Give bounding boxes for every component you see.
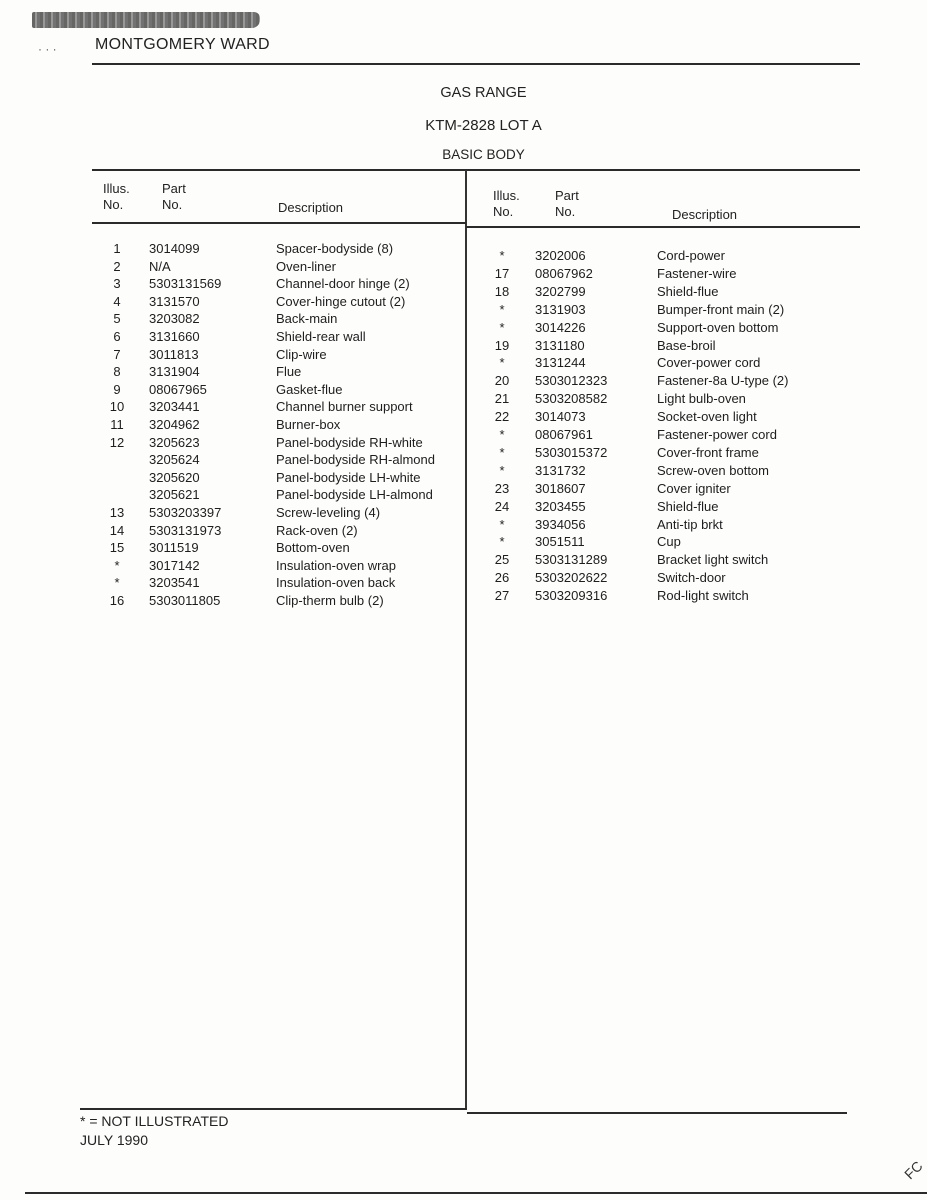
part-description: Flue [276, 363, 301, 380]
part-number: 5303012323 [535, 372, 607, 389]
part-number: 3202006 [535, 247, 586, 264]
illus-number: 18 [487, 283, 517, 300]
illus-header-line2: No. [103, 197, 130, 213]
part-description: Bumper-front main (2) [657, 301, 784, 318]
illus-number: * [487, 533, 517, 550]
table-top-rule [92, 169, 860, 171]
part-description: Cover igniter [657, 480, 731, 497]
part-header-line2: No. [162, 197, 186, 213]
part-description: Light bulb-oven [657, 390, 746, 407]
right-part-header: Part No. [555, 188, 579, 220]
illus-number: * [102, 557, 132, 574]
part-number: 3014226 [535, 319, 586, 336]
part-number: 08067961 [535, 426, 593, 443]
part-description: Panel-bodyside LH-white [276, 469, 421, 486]
doc-title: GAS RANGE [20, 85, 927, 101]
part-description: Shield-flue [657, 498, 718, 515]
part-description: Panel-bodyside RH-white [276, 434, 423, 451]
part-number: 3014073 [535, 408, 586, 425]
part-number: 5303011805 [149, 592, 220, 609]
corner-mark: FC [901, 1158, 926, 1183]
part-number: 3014099 [149, 240, 200, 257]
model-number: KTM-2828 LOT A [20, 117, 927, 134]
part-description: Cover-front frame [657, 444, 759, 461]
part-description: Cover-power cord [657, 354, 760, 371]
part-number: 08067965 [149, 381, 207, 398]
part-description: Clip-therm bulb (2) [276, 592, 384, 609]
part-header-line1: Part [162, 181, 186, 197]
illus-number: 23 [487, 480, 517, 497]
illus-number: * [487, 301, 517, 318]
right-description-header: Description [672, 207, 737, 223]
scan-smudge [32, 12, 260, 28]
part-description: Rod-light switch [657, 587, 749, 604]
part-number: 3131732 [535, 462, 586, 479]
illus-number: 26 [487, 569, 517, 586]
illus-number: 15 [102, 539, 132, 556]
part-description: Fastener-power cord [657, 426, 777, 443]
illus-number: 1 [102, 240, 132, 257]
part-description: Back-main [276, 310, 337, 327]
part-number: 3131180 [535, 337, 585, 354]
part-number: 3203441 [149, 398, 200, 415]
part-number: 3131570 [149, 293, 200, 310]
illus-number: 22 [487, 408, 517, 425]
part-description: Bracket light switch [657, 551, 768, 568]
part-description: Cord-power [657, 247, 725, 264]
illus-number: 6 [102, 328, 132, 345]
part-number: 3051511 [535, 533, 585, 550]
illus-number: * [487, 462, 517, 479]
part-number: 5303208582 [535, 390, 607, 407]
part-description: Bottom-oven [276, 539, 350, 556]
illus-number: 14 [102, 522, 132, 539]
part-description: Insulation-oven wrap [276, 557, 396, 574]
part-number: 5303202622 [535, 569, 607, 586]
part-number: 5303131569 [149, 275, 221, 292]
part-number: 3205621 [149, 486, 200, 503]
part-description: Cover-hinge cutout (2) [276, 293, 405, 310]
part-number: 3205623 [149, 434, 200, 451]
part-description: Oven-liner [276, 258, 336, 275]
illus-number: 25 [487, 551, 517, 568]
illus-number: 11 [102, 416, 132, 433]
illus-header-line2: No. [493, 204, 520, 220]
footer-rule-right [467, 1112, 847, 1114]
part-description: Cup [657, 533, 681, 550]
section-title: BASIC BODY [20, 147, 927, 162]
page-bottom-rule [25, 1192, 927, 1194]
part-description: Insulation-oven back [276, 574, 395, 591]
illus-number: * [487, 516, 517, 533]
illus-number: * [102, 574, 132, 591]
part-number: 3934056 [535, 516, 586, 533]
part-number: 3205620 [149, 469, 200, 486]
illus-header-line1: Illus. [103, 181, 130, 197]
part-description: Switch-door [657, 569, 726, 586]
part-number: 3203082 [149, 310, 200, 327]
part-number: 3018607 [535, 480, 586, 497]
illus-number: 27 [487, 587, 517, 604]
part-number: N/A [149, 258, 171, 275]
part-number: 3202799 [535, 283, 586, 300]
illus-number: 8 [102, 363, 132, 380]
part-description: Burner-box [276, 416, 340, 433]
part-number: 3011813 [149, 346, 199, 363]
illus-number: 5 [102, 310, 132, 327]
illus-header-line1: Illus. [493, 188, 520, 204]
illus-number: 17 [487, 265, 517, 282]
part-description: Channel burner support [276, 398, 413, 415]
illus-number: 16 [102, 592, 132, 609]
illus-number: 7 [102, 346, 132, 363]
publication-date: JULY 1990 [80, 1132, 148, 1148]
illus-number: 2 [102, 258, 132, 275]
illus-number: * [487, 426, 517, 443]
part-description: Panel-bodyside RH-almond [276, 451, 435, 468]
part-number: 3131244 [535, 354, 586, 371]
part-number: 3131903 [535, 301, 586, 318]
part-description: Shield-flue [657, 283, 718, 300]
part-number: 3203455 [535, 498, 586, 515]
column-divider [465, 170, 467, 1110]
left-illus-header: Illus. No. [103, 181, 130, 213]
right-header-rule [466, 226, 860, 228]
left-header-rule [92, 222, 466, 224]
not-illustrated-legend: * = NOT ILLUSTRATED [80, 1113, 228, 1129]
brand-name: MONTGOMERY WARD [95, 36, 270, 54]
part-description: Fastener-8a U-type (2) [657, 372, 789, 389]
illus-number: 24 [487, 498, 517, 515]
part-number: 5303203397 [149, 504, 221, 521]
part-description: Fastener-wire [657, 265, 736, 282]
part-number: 08067962 [535, 265, 593, 282]
part-number: 5303209316 [535, 587, 607, 604]
part-header-line1: Part [555, 188, 579, 204]
left-part-header: Part No. [162, 181, 186, 213]
illus-number: 3 [102, 275, 132, 292]
part-number: 3204962 [149, 416, 200, 433]
scan-specks: · · · [38, 42, 57, 56]
illus-number: 21 [487, 390, 517, 407]
part-description: Gasket-flue [276, 381, 342, 398]
illus-number: 10 [102, 398, 132, 415]
illus-number: * [487, 319, 517, 336]
illus-number: 12 [102, 434, 132, 451]
left-description-header: Description [278, 200, 343, 216]
illus-number: 4 [102, 293, 132, 310]
part-description: Clip-wire [276, 346, 327, 363]
part-description: Spacer-bodyside (8) [276, 240, 393, 257]
part-number: 5303131289 [535, 551, 607, 568]
part-description: Screw-leveling (4) [276, 504, 380, 521]
part-header-line2: No. [555, 204, 579, 220]
right-illus-header: Illus. No. [493, 188, 520, 220]
footer-rule-left [80, 1108, 467, 1110]
part-number: 3203541 [149, 574, 200, 591]
part-description: Screw-oven bottom [657, 462, 769, 479]
header-rule [92, 63, 860, 65]
part-description: Shield-rear wall [276, 328, 366, 345]
part-description: Base-broil [657, 337, 716, 354]
part-number: 3017142 [149, 557, 200, 574]
part-number: 3205624 [149, 451, 200, 468]
illus-number: * [487, 354, 517, 371]
part-number: 5303015372 [535, 444, 607, 461]
illus-number: 20 [487, 372, 517, 389]
part-description: Anti-tip brkt [657, 516, 723, 533]
illus-number: * [487, 444, 517, 461]
part-description: Panel-bodyside LH-almond [276, 486, 433, 503]
part-description: Channel-door hinge (2) [276, 275, 410, 292]
part-description: Support-oven bottom [657, 319, 778, 336]
part-description: Rack-oven (2) [276, 522, 358, 539]
part-number: 3131904 [149, 363, 200, 380]
part-number: 3011519 [149, 539, 199, 556]
part-description: Socket-oven light [657, 408, 757, 425]
part-number: 5303131973 [149, 522, 221, 539]
illus-number: 13 [102, 504, 132, 521]
illus-number: * [487, 247, 517, 264]
illus-number: 9 [102, 381, 132, 398]
illus-number: 19 [487, 337, 517, 354]
part-number: 3131660 [149, 328, 200, 345]
